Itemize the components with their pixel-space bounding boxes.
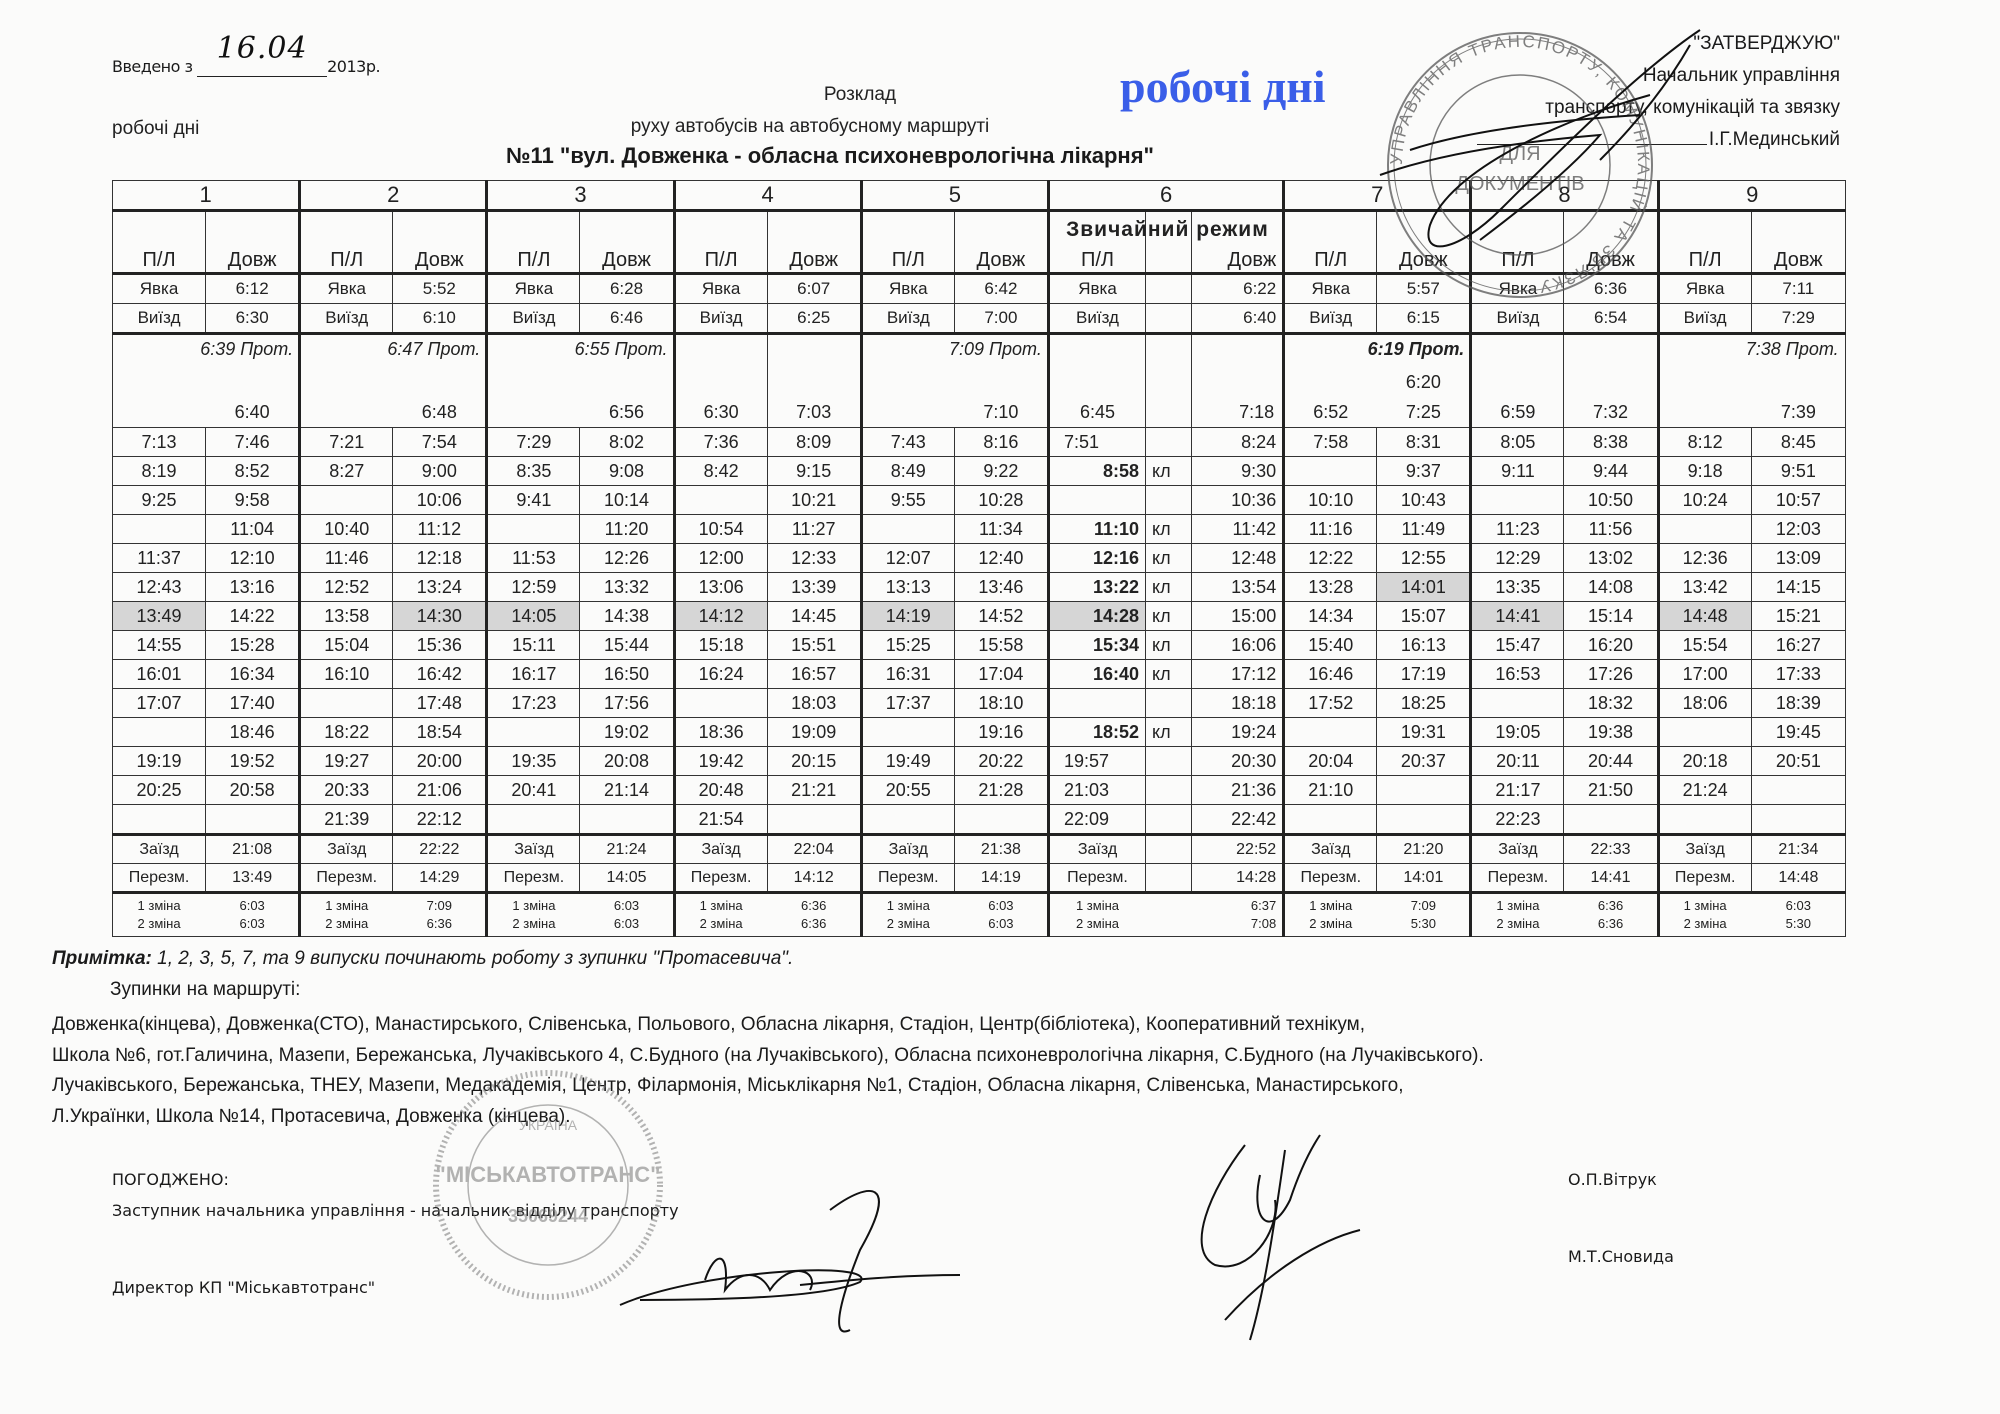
trip-time-dovzh <box>1377 776 1471 805</box>
kl-marker: кл <box>1146 457 1192 486</box>
first-trip-dovzh: 6:40 <box>206 334 300 428</box>
shift2-label: 2 зміна <box>1666 915 1745 933</box>
director-position: Директор КП "Міськавтотранс" <box>112 1278 375 1297</box>
trip-time-dovzh: 15:14 <box>1564 602 1658 631</box>
mode-label: Звичайний режим <box>1050 218 1285 242</box>
stops-line: Л.Українки, Школа №14, Протасевича, Довж… <box>52 1102 1952 1133</box>
trip-time-pl: 14:48 <box>1658 602 1751 631</box>
first-trip-row: 6:39 Прот.6:406:47 Прот.6:486:55 Прот.6:… <box>113 334 1846 428</box>
trip-row: 7:137:467:217:547:298:027:368:097:438:16… <box>113 428 1846 457</box>
schedule-title: Розклад <box>700 84 1020 106</box>
trip-time-dovzh: 11:20 <box>580 515 674 544</box>
perezm-label: Перезм. <box>1658 864 1751 893</box>
trip-time-dovzh: 16:34 <box>206 660 300 689</box>
vyizd-label: Виїзд <box>674 304 767 334</box>
zaizd-time: 22:22 <box>393 835 487 864</box>
trip-time-dovzh: 13:32 <box>580 573 674 602</box>
trip-time-dovzh: 8:45 <box>1751 428 1845 457</box>
approval-label: "ЗАТВЕРДЖУЮ" <box>1477 28 1840 60</box>
shift-labels: 1 зміна2 зміна <box>113 893 206 937</box>
trip-time-dovzh: 14:30 <box>393 602 487 631</box>
zaizd-time: 22:52 <box>1192 835 1284 864</box>
first-trip-dovzh-time: 7:03 <box>768 402 860 423</box>
blank-cell <box>1146 893 1192 937</box>
trip-time-pl: 9:18 <box>1658 457 1751 486</box>
deputy-signature-icon <box>1202 1135 1360 1340</box>
shift2-time: 6:36 <box>1570 915 1650 933</box>
yavka-label: Явка <box>674 274 767 304</box>
trip-time-dovzh: 18:03 <box>767 689 861 718</box>
perezm-label: Перезм. <box>1471 864 1564 893</box>
first-trip-dovzh-time: 7:39 <box>1752 402 1845 423</box>
vyizd-label: Виїзд <box>300 304 393 334</box>
zaizd-label: Заїзд <box>1471 835 1564 864</box>
blank-cell <box>1146 334 1192 428</box>
yavka-label: Явка <box>113 274 206 304</box>
trip-time-pl: 18:36 <box>674 718 767 747</box>
perezm-time: 14:41 <box>1564 864 1658 893</box>
trip-time-dovzh <box>206 805 300 835</box>
kl-marker <box>1146 689 1192 718</box>
trip-time-pl: 20:41 <box>487 776 580 805</box>
zaizd-time: 21:34 <box>1751 835 1845 864</box>
perezm-label: Перезм. <box>300 864 393 893</box>
trip-time-pl: 15:47 <box>1471 631 1564 660</box>
trip-time-dovzh: 18:46 <box>206 718 300 747</box>
yavka-label: Явка <box>1284 274 1377 304</box>
vyizd-label: Виїзд <box>113 304 206 334</box>
perezm-label: Перезм. <box>861 864 954 893</box>
shift2-time: 6:03 <box>961 915 1041 933</box>
trip-time-pl: 12:29 <box>1471 544 1564 573</box>
trip-time-dovzh: 14:38 <box>580 602 674 631</box>
column-header-dovzh: Довж <box>1564 211 1658 274</box>
yavka-time: 6:42 <box>954 274 1048 304</box>
trip-row: 19:1919:5219:2720:0019:3520:0819:4220:15… <box>113 747 1846 776</box>
trip-time-dovzh: 18:54 <box>393 718 487 747</box>
trip-time-dovzh: 8:24 <box>1192 428 1284 457</box>
group-number: 3 <box>487 181 674 211</box>
trip-time-pl: 15:25 <box>861 631 954 660</box>
day-type-label: робочі дні <box>112 118 199 140</box>
shift2-time: 6:36 <box>399 915 479 933</box>
column-header-pl: П/Л <box>1471 211 1564 274</box>
trip-time-pl: 19:05 <box>1471 718 1564 747</box>
trip-time-pl: 9:55 <box>861 486 954 515</box>
kl-marker: кл <box>1146 660 1192 689</box>
shift-row: 1 зміна2 зміна6:036:031 зміна2 зміна7:09… <box>113 893 1846 937</box>
trip-time-dovzh: 10:28 <box>954 486 1048 515</box>
trip-row: 16:0116:3416:1016:4216:1716:5016:2416:57… <box>113 660 1846 689</box>
shift2-label: 2 зміна <box>1056 915 1139 933</box>
shift-labels: 1 зміна2 зміна <box>1658 893 1751 937</box>
first-trip-pl: 7:38 Прот. <box>1658 334 1751 428</box>
trip-time-dovzh: 12:55 <box>1377 544 1471 573</box>
trip-time-dovzh: 7:46 <box>206 428 300 457</box>
perezm-label: Перезм. <box>674 864 767 893</box>
perezm-label: Перезм. <box>487 864 580 893</box>
trip-time-pl: 15:40 <box>1284 631 1377 660</box>
trip-time-pl: 10:40 <box>300 515 393 544</box>
note-label: Примітка: <box>52 948 152 969</box>
trip-time-pl: 17:52 <box>1284 689 1377 718</box>
trip-time-dovzh: 10:50 <box>1564 486 1658 515</box>
trip-time-pl: 11:37 <box>113 544 206 573</box>
shift-times: 6:366:36 <box>1564 893 1658 937</box>
first-trip-pl: 6:30 <box>674 334 767 428</box>
shift-times: 6:036:03 <box>580 893 674 937</box>
trip-time-dovzh: 22:42 <box>1192 805 1284 835</box>
trip-time-dovzh <box>580 805 674 835</box>
trip-time-pl: 8:05 <box>1471 428 1564 457</box>
trip-time-dovzh: 9:37 <box>1377 457 1471 486</box>
trip-time-dovzh: 18:39 <box>1751 689 1845 718</box>
column-header-pl: П/Л <box>861 211 954 274</box>
vyizd-time: 6:25 <box>767 304 861 334</box>
trip-time-pl: 19:35 <box>487 747 580 776</box>
trip-time-pl: 12:36 <box>1658 544 1751 573</box>
shift1-label: 1 зміна <box>119 897 199 915</box>
stops-title: Зупинки на маршруті: <box>110 979 300 1001</box>
trip-time-dovzh: 15:51 <box>767 631 861 660</box>
vyizd-time: 6:15 <box>1377 304 1471 334</box>
trip-time-pl: 10:54 <box>674 515 767 544</box>
trip-time-dovzh: 9:22 <box>954 457 1048 486</box>
trip-time-dovzh: 20:15 <box>767 747 861 776</box>
trip-time-dovzh: 18:18 <box>1192 689 1284 718</box>
first-trip-pl-time: 6:45 <box>1050 402 1145 423</box>
trip-time-dovzh: 11:49 <box>1377 515 1471 544</box>
kl-marker <box>1146 428 1192 457</box>
trip-time-pl: 13:49 <box>113 602 206 631</box>
shift2-time: 5:30 <box>1383 915 1463 933</box>
trip-time-dovzh: 17:04 <box>954 660 1048 689</box>
shift-times: 6:036:03 <box>206 893 300 937</box>
trip-time-pl: 13:06 <box>674 573 767 602</box>
trip-time-pl: 13:22 <box>1048 573 1145 602</box>
trip-time-pl: 12:43 <box>113 573 206 602</box>
shift1-time: 7:09 <box>1383 897 1463 915</box>
trip-time-dovzh: 12:10 <box>206 544 300 573</box>
introduced-year: 2013р. <box>327 57 380 76</box>
trip-time-pl: 14:28 <box>1048 602 1145 631</box>
trip-row: 20:2520:5820:3321:0620:4121:1420:4821:21… <box>113 776 1846 805</box>
first-trip-dovzh: 7:18 <box>1192 334 1284 428</box>
shift2-label: 2 зміна <box>1291 915 1370 933</box>
trip-time-dovzh: 14:45 <box>767 602 861 631</box>
trip-time-pl <box>487 805 580 835</box>
zaizd-time: 21:38 <box>954 835 1048 864</box>
trip-time-pl: 19:42 <box>674 747 767 776</box>
trip-time-pl: 18:06 <box>1658 689 1751 718</box>
trip-time-pl: 16:01 <box>113 660 206 689</box>
first-trip-dovzh: 7:39 <box>1751 334 1845 428</box>
trip-time-pl: 8:58 <box>1048 457 1145 486</box>
trip-time-pl: 11:53 <box>487 544 580 573</box>
shift-times: 6:377:08 <box>1192 893 1284 937</box>
first-trip-dovzh-time: 7:10 <box>955 402 1047 423</box>
introduced-prefix: Введено з <box>112 57 193 76</box>
trip-time-dovzh: 17:33 <box>1751 660 1845 689</box>
trip-time-dovzh: 13:39 <box>767 573 861 602</box>
note-text: 1, 2, 3, 5, 7, та 9 випуски починають ро… <box>152 948 793 969</box>
trip-time-pl: 17:00 <box>1658 660 1751 689</box>
column-header-dovzh: Довж <box>1377 211 1471 274</box>
vyizd-time: 6:10 <box>393 304 487 334</box>
trip-time-pl: 18:22 <box>300 718 393 747</box>
trip-time-pl: 20:55 <box>861 776 954 805</box>
trip-time-pl: 8:19 <box>113 457 206 486</box>
kl-marker <box>1146 805 1192 835</box>
trip-time-dovzh: 10:06 <box>393 486 487 515</box>
kl-marker <box>1146 776 1192 805</box>
trip-time-dovzh: 9:51 <box>1751 457 1845 486</box>
trip-time-pl: 14:05 <box>487 602 580 631</box>
perezm-time: 14:29 <box>393 864 487 893</box>
trip-time-dovzh: 20:00 <box>393 747 487 776</box>
trip-time-pl <box>487 515 580 544</box>
kl-marker <box>1146 486 1192 515</box>
zaizd-time: 22:33 <box>1564 835 1658 864</box>
trip-row: 8:198:528:279:008:359:088:429:158:499:22… <box>113 457 1846 486</box>
trip-time-dovzh: 8:38 <box>1564 428 1658 457</box>
trip-time-pl: 10:10 <box>1284 486 1377 515</box>
schedule-table: 123456789П/ЛДовжП/ЛДовжП/ЛДовжП/ЛДовжП/Л… <box>112 180 1846 937</box>
trip-time-dovzh: 19:16 <box>954 718 1048 747</box>
trip-time-dovzh: 9:00 <box>393 457 487 486</box>
shift-times: 6:035:30 <box>1751 893 1845 937</box>
trip-time-dovzh <box>1564 805 1658 835</box>
trip-time-dovzh: 9:15 <box>767 457 861 486</box>
trip-time-dovzh: 10:57 <box>1751 486 1845 515</box>
trip-time-pl <box>1471 486 1564 515</box>
column-header-dovzh: Довж <box>580 211 674 274</box>
first-trip-dovzh-time: 6:40 <box>206 402 298 423</box>
shift-times: 6:366:36 <box>767 893 861 937</box>
trip-time-dovzh: 12:40 <box>954 544 1048 573</box>
trip-time-pl: 15:34 <box>1048 631 1145 660</box>
trip-row: 21:3922:1221:5422:0922:4222:23 <box>113 805 1846 835</box>
shift-labels: 1 зміна2 зміна <box>861 893 954 937</box>
trip-time-dovzh: 10:21 <box>767 486 861 515</box>
trip-time-dovzh: 8:16 <box>954 428 1048 457</box>
trip-time-dovzh: 16:42 <box>393 660 487 689</box>
trip-time-dovzh: 20:44 <box>1564 747 1658 776</box>
trip-time-dovzh: 19:24 <box>1192 718 1284 747</box>
shift1-label: 1 зміна <box>1056 897 1139 915</box>
trip-time-pl: 11:10 <box>1048 515 1145 544</box>
trip-time-dovzh: 11:42 <box>1192 515 1284 544</box>
trip-time-pl: 16:10 <box>300 660 393 689</box>
group-number: 8 <box>1471 181 1658 211</box>
trip-time-dovzh: 12:48 <box>1192 544 1284 573</box>
trip-time-dovzh: 15:28 <box>206 631 300 660</box>
trip-time-dovzh: 18:25 <box>1377 689 1471 718</box>
shift2-label: 2 зміна <box>307 915 386 933</box>
trip-time-dovzh: 16:06 <box>1192 631 1284 660</box>
trip-time-pl: 8:42 <box>674 457 767 486</box>
trip-time-pl: 7:13 <box>113 428 206 457</box>
trip-time-dovzh: 9:08 <box>580 457 674 486</box>
trip-time-dovzh: 19:45 <box>1751 718 1845 747</box>
shift2-time: 5:30 <box>1758 915 1839 933</box>
trip-time-pl <box>300 689 393 718</box>
zaizd-time: 22:04 <box>767 835 861 864</box>
shift1-time: 6:03 <box>961 897 1041 915</box>
vyizd-row: Виїзд6:30Виїзд6:10Виїзд6:46Виїзд6:25Виїз… <box>113 304 1846 334</box>
zaizd-label: Заїзд <box>300 835 393 864</box>
shift1-time: 6:03 <box>586 897 666 915</box>
trip-time-dovzh <box>767 805 861 835</box>
perezm-time: 14:01 <box>1377 864 1471 893</box>
trip-time-dovzh: 12:18 <box>393 544 487 573</box>
trip-time-dovzh: 21:28 <box>954 776 1048 805</box>
trip-time-pl: 13:42 <box>1658 573 1751 602</box>
zaizd-label: Заїзд <box>487 835 580 864</box>
trip-time-dovzh: 16:50 <box>580 660 674 689</box>
trip-time-pl <box>1658 718 1751 747</box>
blank-cell <box>1146 274 1192 304</box>
yavka-label: Явка <box>1471 274 1564 304</box>
trip-time-pl <box>1048 689 1145 718</box>
kl-marker: кл <box>1146 544 1192 573</box>
first-trip-dovzh: 7:03 <box>767 334 861 428</box>
column-header-pl: П/Л <box>1658 211 1751 274</box>
schedule-subtitle: руху автобусів на автобусному маршруті <box>560 116 1060 138</box>
yavka-time: 6:28 <box>580 274 674 304</box>
trip-time-pl <box>674 486 767 515</box>
trip-time-pl: 19:19 <box>113 747 206 776</box>
shift2-time: 7:08 <box>1198 915 1276 933</box>
trip-time-pl: 13:13 <box>861 573 954 602</box>
trip-time-pl: 21:10 <box>1284 776 1377 805</box>
perezm-time: 14:28 <box>1192 864 1284 893</box>
trip-time-dovzh: 19:31 <box>1377 718 1471 747</box>
yavka-label: Явка <box>487 274 580 304</box>
introduced-date-line: Введено з 16.04 2013р. <box>112 57 380 77</box>
trip-time-dovzh: 15:07 <box>1377 602 1471 631</box>
trip-time-dovzh: 11:12 <box>393 515 487 544</box>
yavka-label: Явка <box>1658 274 1751 304</box>
shift2-time: 6:03 <box>212 915 292 933</box>
column-header-pl: П/Л <box>487 211 580 274</box>
trip-time-dovzh: 12:33 <box>767 544 861 573</box>
first-trip-dovzh: 6:56 <box>580 334 674 428</box>
pl-label: П/Л <box>1081 249 1114 271</box>
trip-row: 12:4313:1612:5213:2412:5913:3213:0613:39… <box>113 573 1846 602</box>
first-trip-pl-time: 6:52 <box>1285 402 1376 423</box>
yavka-time: 5:57 <box>1377 274 1471 304</box>
column-header-dovzh: Довж <box>954 211 1048 274</box>
shift-labels: 1 зміна2 зміна <box>300 893 393 937</box>
approval-name-line: І.Г.Мединський <box>1477 124 1840 156</box>
column-header-pl: П/Л <box>300 211 393 274</box>
trip-time-pl <box>1048 486 1145 515</box>
shift-labels: 1 зміна2 зміна <box>1048 893 1145 937</box>
vyizd-time: 6:30 <box>206 304 300 334</box>
trip-time-pl: 9:41 <box>487 486 580 515</box>
trip-time-dovzh <box>954 805 1048 835</box>
approval-block: "ЗАТВЕРДЖУЮ" Начальник управління трансп… <box>1477 28 1840 156</box>
trip-time-dovzh: 17:56 <box>580 689 674 718</box>
trip-time-pl: 15:11 <box>487 631 580 660</box>
shift-labels: 1 зміна2 зміна <box>1471 893 1564 937</box>
first-trip-dovzh: 7:10 <box>954 334 1048 428</box>
perezm-time: 14:48 <box>1751 864 1845 893</box>
shift2-label: 2 зміна <box>119 915 199 933</box>
column-header-dovzh: Довж <box>393 211 487 274</box>
trip-time-dovzh: 15:21 <box>1751 602 1845 631</box>
trip-time-pl: 14:12 <box>674 602 767 631</box>
trip-time-dovzh: 17:48 <box>393 689 487 718</box>
trip-time-dovzh: 12:26 <box>580 544 674 573</box>
zaizd-time: 21:24 <box>580 835 674 864</box>
trip-time-dovzh: 13:46 <box>954 573 1048 602</box>
trip-time-pl: 13:35 <box>1471 573 1564 602</box>
trip-time-dovzh: 16:27 <box>1751 631 1845 660</box>
trip-time-pl: 14:19 <box>861 602 954 631</box>
trip-time-dovzh: 15:44 <box>580 631 674 660</box>
trip-time-pl: 7:58 <box>1284 428 1377 457</box>
trip-time-pl <box>487 718 580 747</box>
trip-time-pl: 18:52 <box>1048 718 1145 747</box>
trip-time-pl: 15:54 <box>1658 631 1751 660</box>
trip-time-pl: 12:07 <box>861 544 954 573</box>
trip-row: 9:259:5810:069:4110:1410:219:5510:2810:3… <box>113 486 1846 515</box>
trip-time-dovzh: 21:21 <box>767 776 861 805</box>
trip-time-pl: 14:34 <box>1284 602 1377 631</box>
vyizd-label: Виїзд <box>1658 304 1751 334</box>
vyizd-time: 6:54 <box>1564 304 1658 334</box>
vyizd-label: Виїзд <box>1048 304 1145 334</box>
yavka-time: 6:22 <box>1192 274 1284 304</box>
trip-time-dovzh: 7:54 <box>393 428 487 457</box>
trip-time-dovzh: 15:00 <box>1192 602 1284 631</box>
trip-time-pl: 8:49 <box>861 457 954 486</box>
trip-time-pl: 12:16 <box>1048 544 1145 573</box>
trip-time-pl: 17:23 <box>487 689 580 718</box>
trip-time-pl: 14:41 <box>1471 602 1564 631</box>
trip-time-dovzh: 13:24 <box>393 573 487 602</box>
trip-time-dovzh <box>1751 776 1845 805</box>
trip-time-dovzh: 13:16 <box>206 573 300 602</box>
approval-position-1: Начальник управління <box>1477 60 1840 92</box>
zaizd-label: Заїзд <box>861 835 954 864</box>
trip-time-pl: 15:04 <box>300 631 393 660</box>
trip-time-pl <box>300 486 393 515</box>
trip-row: 11:0410:4011:1211:2010:5411:2711:3411:10… <box>113 515 1846 544</box>
trip-time-dovzh: 8:52 <box>206 457 300 486</box>
trip-time-dovzh: 8:31 <box>1377 428 1471 457</box>
shift1-time: 7:09 <box>399 897 479 915</box>
zaizd-time: 21:20 <box>1377 835 1471 864</box>
shift-labels: 1 зміна2 зміна <box>487 893 580 937</box>
handwritten-date: 16.04 <box>197 31 327 66</box>
trip-time-pl: 10:24 <box>1658 486 1751 515</box>
deputy-name: О.П.Вітрук <box>1568 1170 1657 1189</box>
yavka-time: 6:07 <box>767 274 861 304</box>
trip-row: 17:0717:4017:4817:2317:5618:0317:3718:10… <box>113 689 1846 718</box>
trip-time-pl: 21:54 <box>674 805 767 835</box>
kl-marker: кл <box>1146 602 1192 631</box>
stops-line: Довженка(кінцева), Довженка(СТО), Манаст… <box>52 1010 1952 1041</box>
shift1-label: 1 зміна <box>682 897 761 915</box>
trip-time-pl: 17:37 <box>861 689 954 718</box>
trip-time-dovzh: 21:14 <box>580 776 674 805</box>
shift1-label: 1 зміна <box>1666 897 1745 915</box>
shift1-time: 6:36 <box>1570 897 1650 915</box>
first-trip-pl: 6:39 Прот. <box>113 334 206 428</box>
